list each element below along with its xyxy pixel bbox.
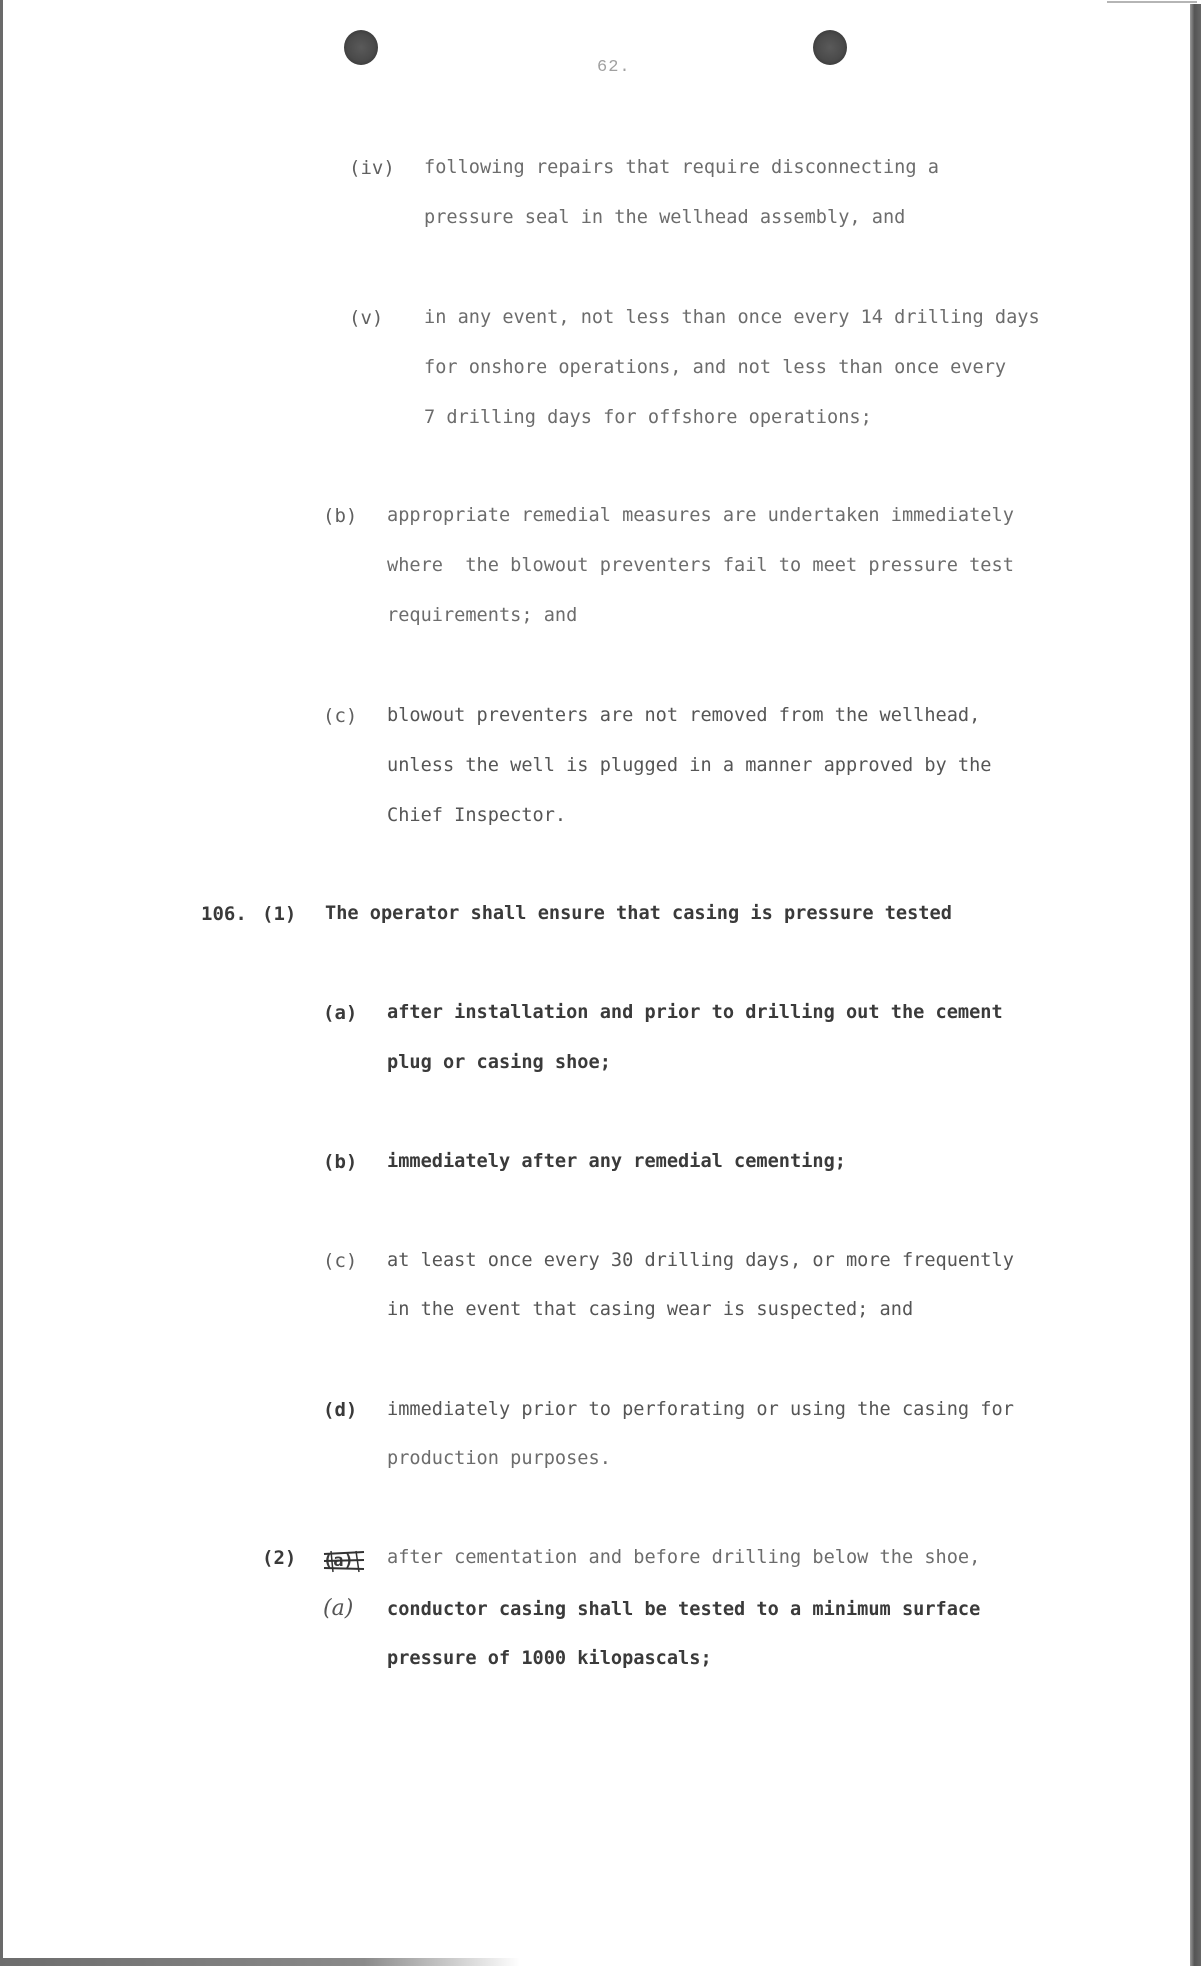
subsection-2-clause-line-1: conductor casing shall be tested to a mi… <box>387 1598 980 1622</box>
item-v-line-3: 7 drilling days for offshore operations; <box>424 406 872 430</box>
s106-clause-d-line-2: production purposes. <box>387 1447 611 1471</box>
subsection-label-1: (1) <box>262 902 296 926</box>
scanned-document-page: 62. (iv) following repairs that require … <box>0 0 1201 1966</box>
subsection-2-clause-line-2: pressure of 1000 kilopascals; <box>387 1647 712 1671</box>
s106-clause-label-a: (a) <box>323 1001 357 1025</box>
page-number: 62. <box>597 58 631 77</box>
clause-b-line-2: where the blowout preventers fail to mee… <box>387 554 1014 578</box>
section-106-intro: The operator shall ensure that casing is… <box>325 902 952 926</box>
s106-clause-c-line-2: in the event that casing wear is suspect… <box>387 1298 913 1322</box>
clause-c-line-1: blowout preventers are not removed from … <box>387 704 980 728</box>
item-label-iv: (iv) <box>349 156 395 180</box>
s106-clause-a-line-1: after installation and prior to drilling… <box>387 1001 1003 1025</box>
s106-clause-d-line-1: immediately prior to perforating or usin… <box>387 1398 1014 1422</box>
handwritten-label-a: (a) <box>323 1596 353 1621</box>
struck-out-label: (a) <box>323 1549 365 1573</box>
subsection-label-2: (2) <box>262 1546 296 1570</box>
scan-edge-right <box>1190 4 1201 1966</box>
s106-clause-label-d: (d) <box>323 1398 357 1422</box>
clause-b-line-1: appropriate remedial measures are undert… <box>387 504 1014 528</box>
item-iv-line-1: following repairs that require disconnec… <box>424 156 939 180</box>
section-number-106: 106. <box>201 902 247 926</box>
item-v-line-2: for onshore operations, and not less tha… <box>424 356 1006 380</box>
s106-clause-b-line-1: immediately after any remedial cementing… <box>387 1150 846 1174</box>
punch-hole-right-icon <box>813 30 847 65</box>
item-v-line-1: in any event, not less than once every 1… <box>424 306 1040 330</box>
clause-c-line-2: unless the well is plugged in a manner a… <box>387 754 992 778</box>
scan-edge-bottom <box>0 1958 520 1966</box>
s106-clause-label-b: (b) <box>323 1150 357 1174</box>
punch-hole-left-icon <box>344 30 378 65</box>
subsection-2-intro: after cementation and before drilling be… <box>387 1546 980 1570</box>
clause-label-b: (b) <box>323 504 357 528</box>
s106-clause-label-c: (c) <box>323 1249 357 1273</box>
s106-clause-c-line-1: at least once every 30 drilling days, or… <box>387 1249 1014 1273</box>
item-label-v: (v) <box>349 306 383 330</box>
item-iv-line-2: pressure seal in the wellhead assembly, … <box>424 206 905 230</box>
strikethrough-marks-icon <box>323 1549 365 1573</box>
clause-c-line-3: Chief Inspector. <box>387 804 566 828</box>
scan-edge-top <box>1107 1 1197 3</box>
s106-clause-a-line-2: plug or casing shoe; <box>387 1051 611 1075</box>
clause-b-line-3: requirements; and <box>387 604 577 628</box>
clause-label-c: (c) <box>323 704 357 728</box>
scan-edge-left <box>0 0 3 1966</box>
